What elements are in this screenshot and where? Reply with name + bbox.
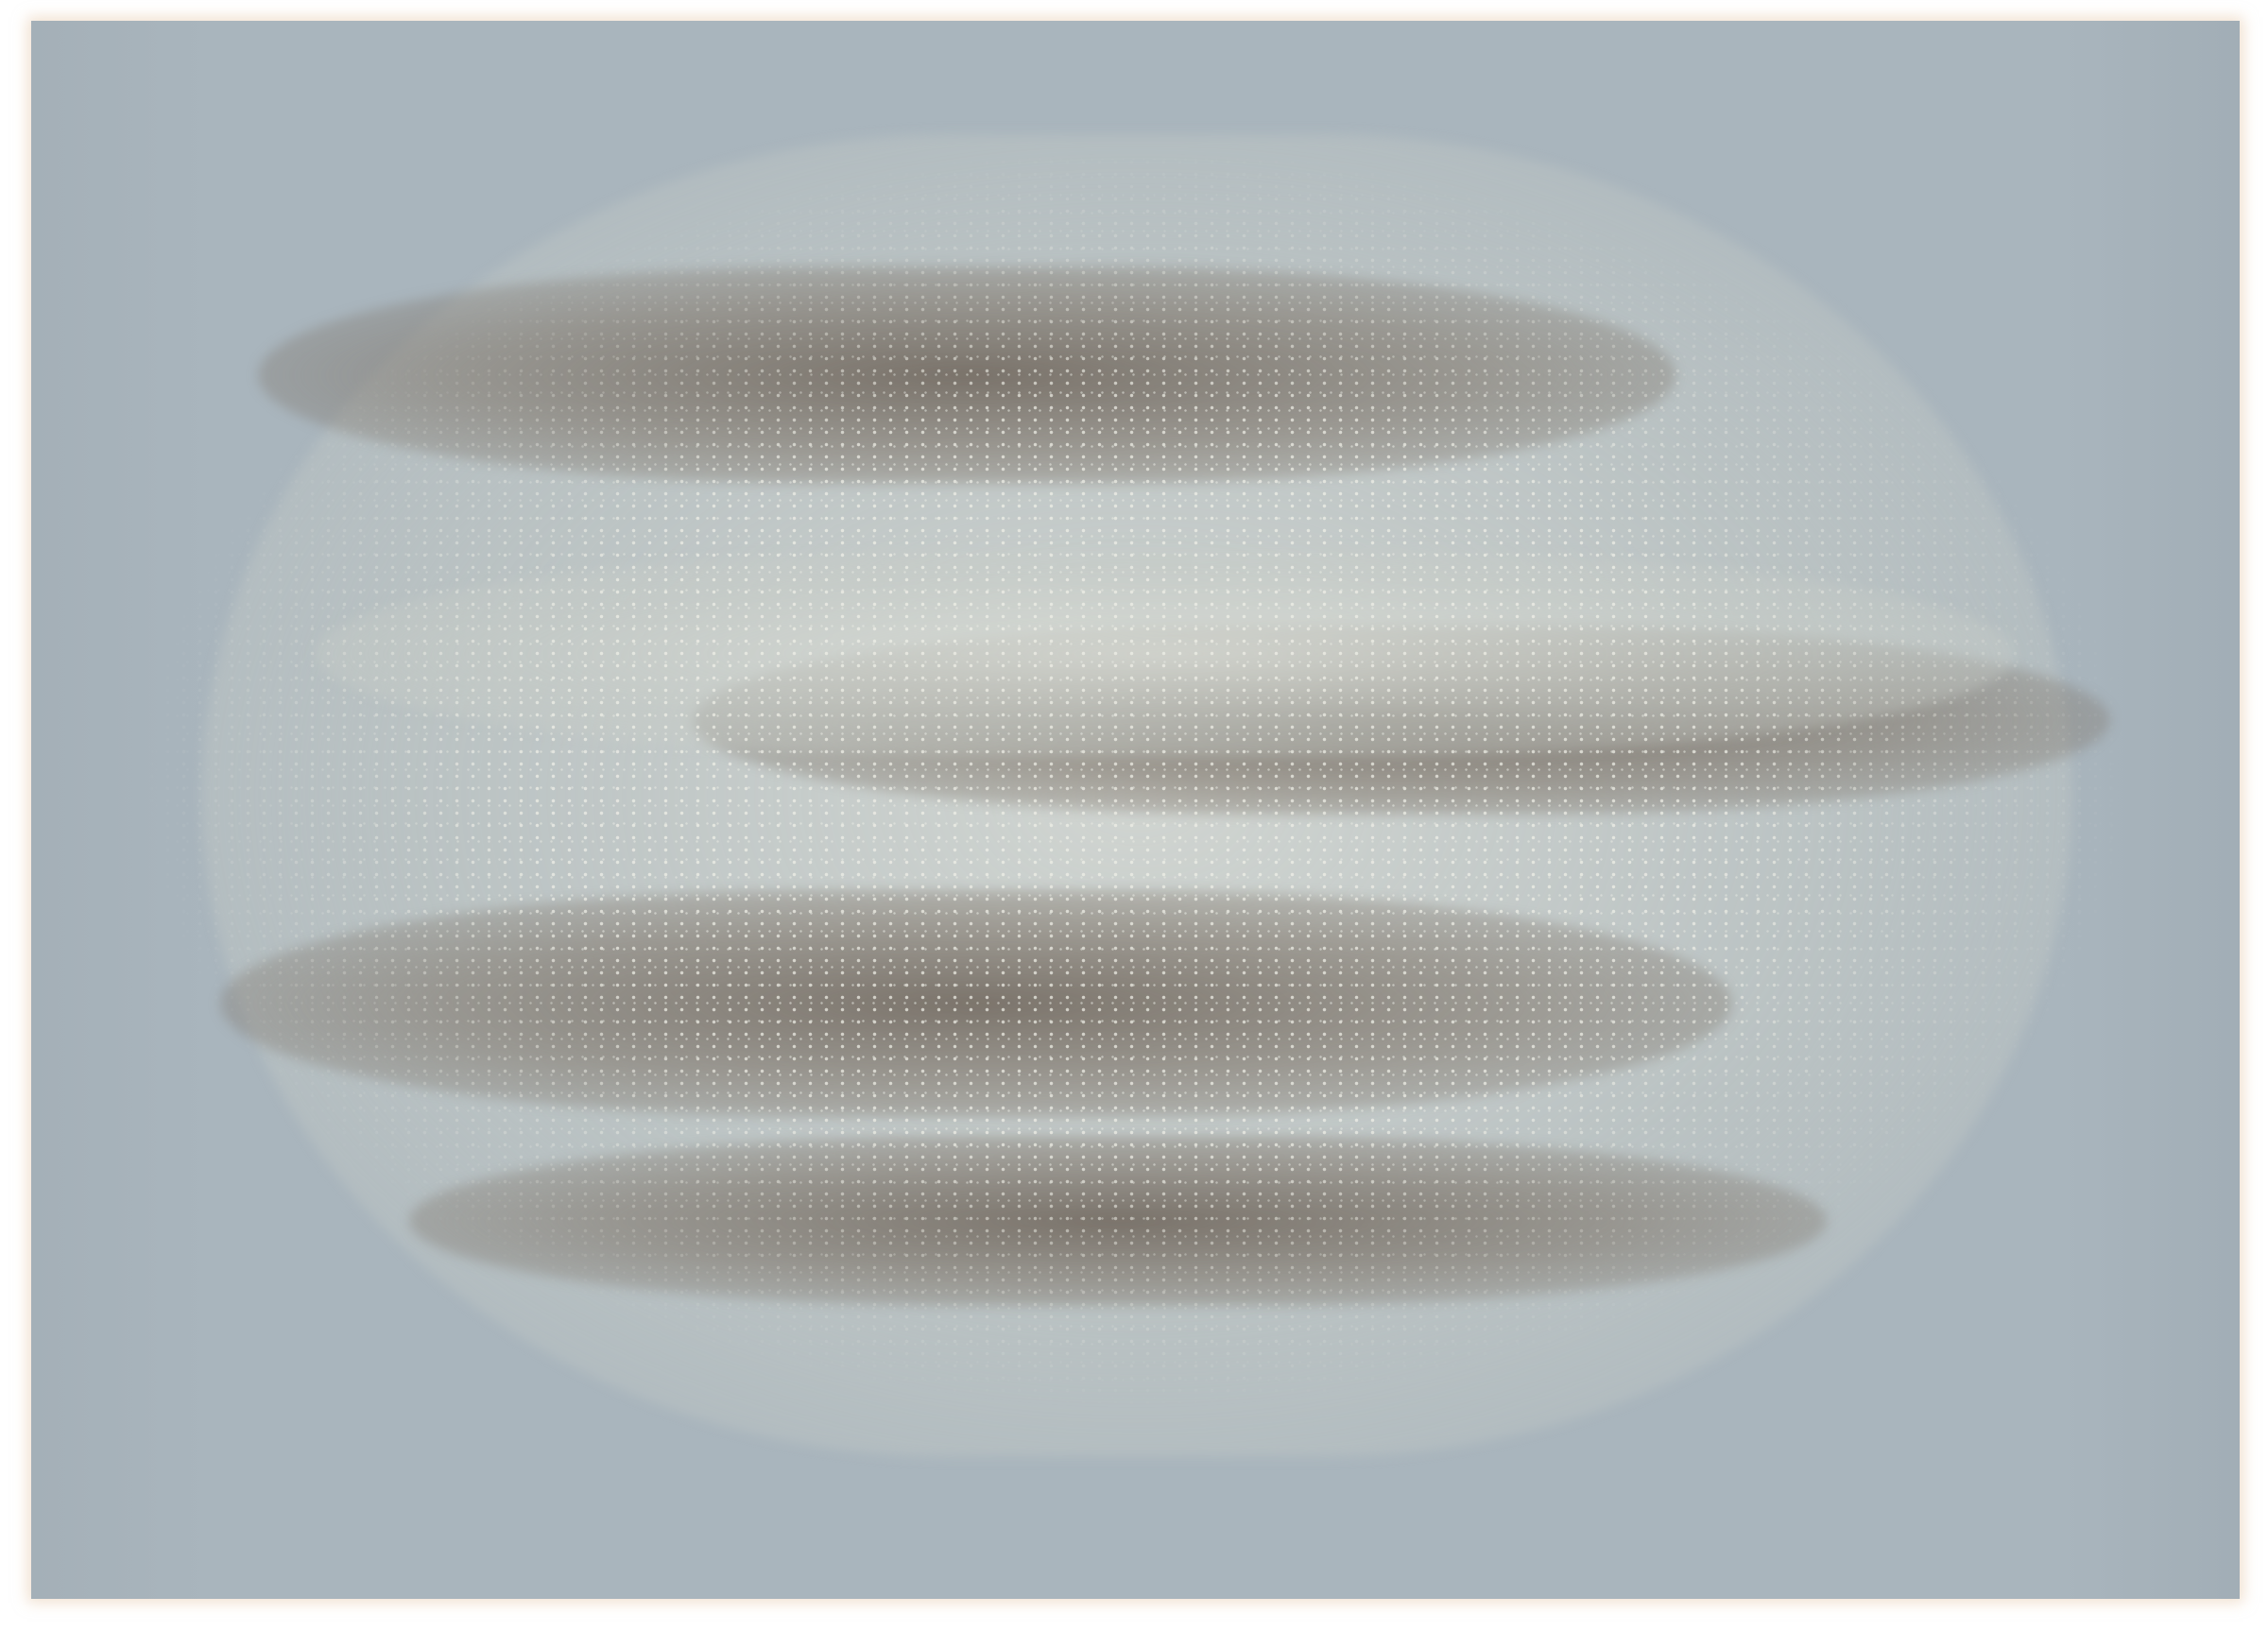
rug	[31, 21, 2240, 1599]
ivory-speckle-texture	[31, 21, 2240, 1599]
